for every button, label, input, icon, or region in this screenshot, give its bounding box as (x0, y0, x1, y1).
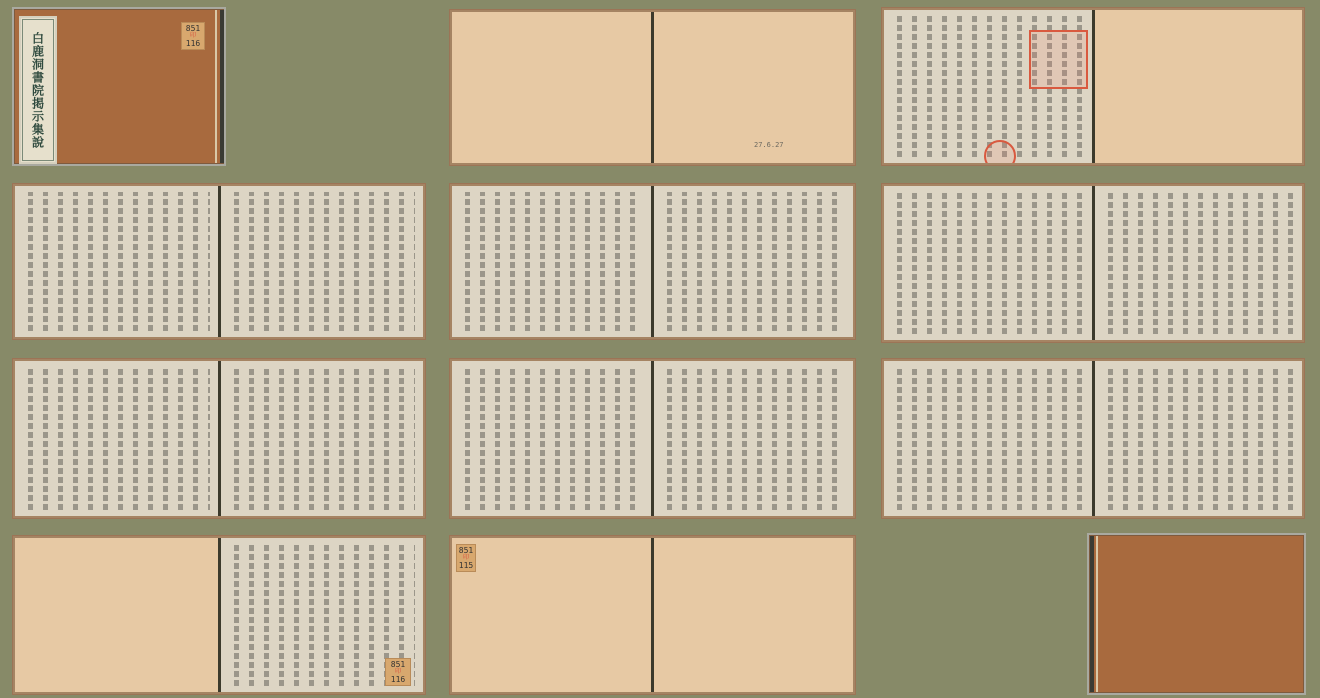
page-right (1095, 10, 1303, 163)
seal-square (1029, 30, 1088, 89)
binding-stitch (1096, 536, 1098, 692)
binding-stitch (215, 10, 217, 163)
thumb-spread-9[interactable]: 851 印 116 (12, 535, 426, 695)
thumb-spread-1[interactable]: 27.6.27 (449, 9, 856, 166)
call-number-tag: 851 印 116 (181, 22, 205, 50)
thumb-spread-3[interactable] (12, 183, 426, 340)
thumb-spread-8[interactable] (881, 358, 1305, 519)
thumb-spread-6[interactable] (12, 358, 426, 519)
thumb-spread-7[interactable] (449, 358, 856, 519)
back-call-number-tag: 851 印 115 (456, 544, 476, 572)
page-left (452, 12, 651, 163)
thumb-back-cover[interactable] (1089, 535, 1304, 693)
call-number-tag: 851 印 116 (385, 658, 411, 686)
spine (1090, 536, 1094, 692)
seal-round (984, 140, 1016, 163)
book-title: 白鹿洞書院掲示集說 (30, 32, 47, 149)
spine (220, 10, 224, 163)
thumb-spread-5[interactable] (881, 183, 1305, 343)
thumb-spread-2[interactable] (881, 7, 1305, 166)
accession-date: 27.6.27 (754, 141, 784, 149)
page-right: 27.6.27 (654, 12, 853, 163)
page-left (884, 10, 1092, 163)
thumb-spread-4[interactable] (449, 183, 856, 340)
title-slip: 白鹿洞書院掲示集說 (19, 16, 57, 164)
thumb-front-cover[interactable]: 白鹿洞書院掲示集說 851 印 116 (14, 9, 224, 164)
thumb-spread-10[interactable]: 851 印 115 (449, 535, 856, 695)
